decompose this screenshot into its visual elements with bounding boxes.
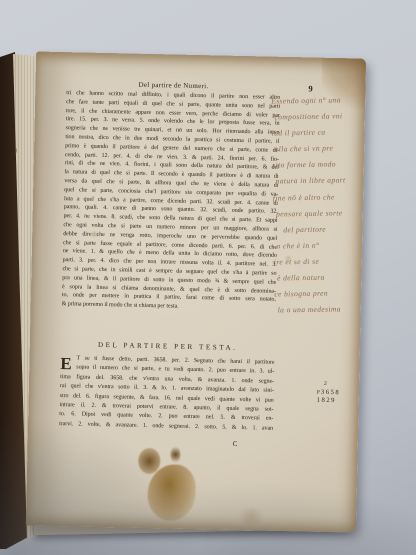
text-line: pensare quale sorte — [276, 205, 366, 223]
text-line: ce bisogna pren — [274, 285, 366, 303]
book-page: Del partire de Numeri. 9 tri che hanno s… — [26, 51, 366, 532]
text-line: la o una medesima — [278, 301, 367, 319]
division-dividend: 3658 — [321, 388, 341, 395]
handwritten-marginalia: Essendo ogni n° unacompositione da vnita… — [271, 92, 366, 319]
body-text-paragraph-2: T se ti fusse detto, parti. 3658. per. 2… — [59, 354, 275, 434]
ink-stain — [129, 446, 205, 530]
foxing-spot — [236, 508, 266, 526]
signature-mark: C — [233, 440, 238, 448]
division-quotient: 1829 — [317, 397, 341, 406]
text-line: fine nō è altro che — [273, 188, 366, 206]
body-text-paragraph-1: tri che hanno scritto mal diffinito, i q… — [62, 89, 281, 314]
division-example: 2 P3658 1829 — [317, 380, 341, 406]
text-line: sito forme la modo — [272, 156, 366, 174]
text-line: o che è in n° — [276, 237, 366, 255]
text-line: del partitore — [283, 221, 366, 239]
division-prefix-mark: P — [317, 389, 320, 395]
section-heading: DEL PARTIRE PER TESTA. — [61, 340, 275, 353]
stain-blob — [147, 464, 196, 521]
text-line: ella che si vn pre — [275, 140, 366, 158]
text-line: Essendo ogni n° una — [271, 92, 366, 110]
text-line: compositione da vni — [274, 108, 366, 126]
book: Del partire de Numeri. 9 tri che hanno s… — [0, 0, 416, 555]
text-line: ire et se di se — [274, 253, 366, 271]
division-divisor: 2 — [324, 380, 341, 389]
text-line: natura in libre apart — [275, 172, 366, 190]
text-line: è della natura — [277, 269, 366, 287]
stain-blob — [170, 446, 180, 462]
text-line: tad il partire ca — [272, 124, 367, 142]
photo-of-book: { "colors":{ "bg":"#c6cad1","cover":"#35… — [0, 0, 416, 555]
